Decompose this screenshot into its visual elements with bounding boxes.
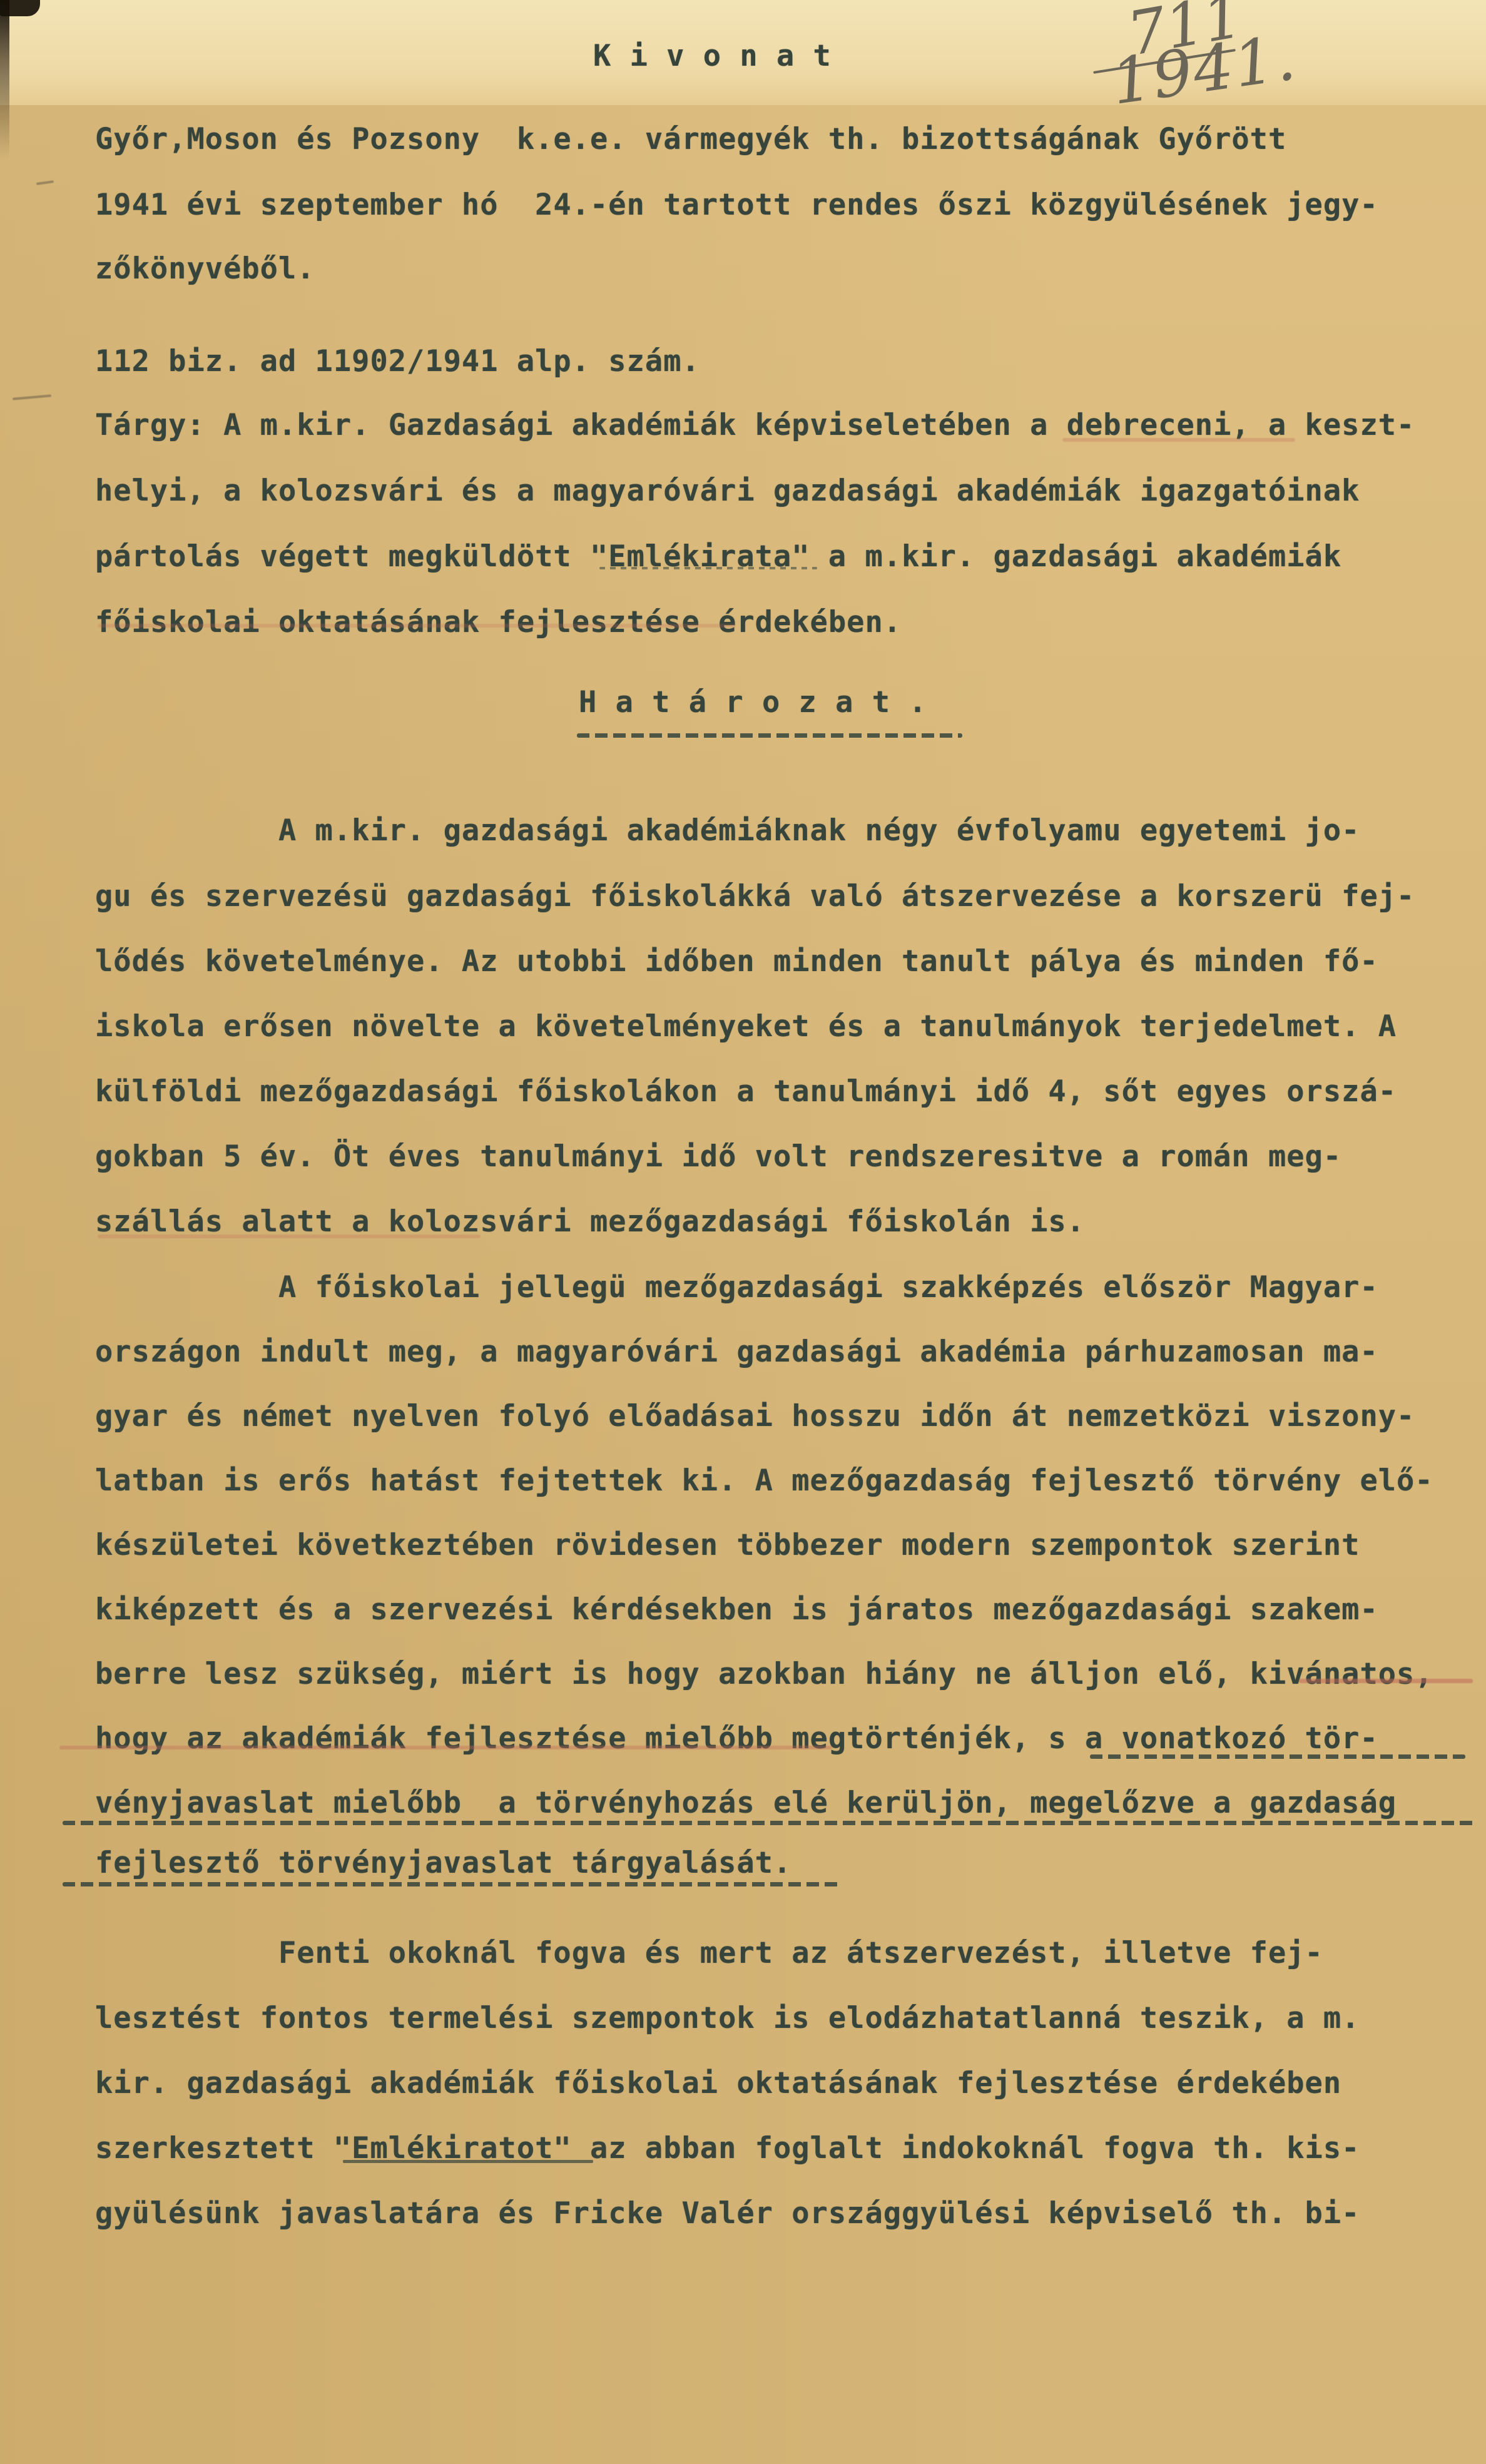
body-line: kiképzett és a szervezési kérdésekben is… bbox=[95, 1591, 1378, 1629]
body-line: külföldi mezőgazdasági főiskolákon a tan… bbox=[95, 1073, 1397, 1111]
heading-line: zőkönyvéből. bbox=[95, 250, 315, 288]
body-line: kir. gazdasági akadémiák főiskolai oktat… bbox=[95, 2065, 1341, 2102]
body-line: lesztést fontos termelési szempontok is … bbox=[95, 2000, 1360, 2037]
body-line: fejlesztő törvényjavaslat tárgyalását. bbox=[95, 1845, 791, 1882]
body-line: vényjavaslat mielőbb a törvényhozás elé … bbox=[95, 1784, 1397, 1822]
stray-pencil-mark bbox=[13, 394, 51, 400]
body-line: gokban 5 év. Öt éves tanulmányi idő volt… bbox=[95, 1138, 1341, 1176]
emphasis-dash-rule-full bbox=[63, 1821, 1473, 1825]
emphasis-dash-rule bbox=[1090, 1754, 1465, 1759]
red-pencil-underline bbox=[98, 1235, 481, 1238]
body-line: hogy az akadémiák fejlesztése mielőbb me… bbox=[95, 1720, 1378, 1758]
body-line: gyar és német nyelven folyó előadásai ho… bbox=[95, 1398, 1415, 1435]
decision-heading: H a t á r o z a t . bbox=[579, 684, 927, 721]
body-line: A főiskolai jellegü mezőgazdasági szakké… bbox=[95, 1269, 1378, 1306]
body-line: országon indult meg, a magyaróvári gazda… bbox=[95, 1333, 1378, 1371]
body-line: A m.kir. gazdasági akadémiáknak négy évf… bbox=[95, 812, 1360, 850]
handwritten-file-number: 711 1941. bbox=[1089, 1, 1264, 108]
heading-line: 1941 évi szeptember hó 24.-én tartott re… bbox=[95, 186, 1378, 224]
red-pencil-underline bbox=[98, 624, 736, 628]
red-pencil-underline-kivanatos bbox=[1299, 1679, 1473, 1683]
document-title: K i v o n a t bbox=[593, 38, 832, 75]
body-line: Fenti okoknál fogva és mert az átszervez… bbox=[95, 1935, 1323, 1972]
subject-line: főiskolai oktatásának fejlesztése érdeké… bbox=[95, 604, 902, 641]
subject-line: helyi, a kolozsvári és a magyaróvári gaz… bbox=[95, 472, 1360, 510]
body-line: gyülésünk javaslatára és Fricke Valér or… bbox=[95, 2195, 1360, 2232]
subject-line: pártolás végett megküldött "Emlékirata" … bbox=[95, 538, 1341, 576]
scanned-document-page: 711 1941. K i v o n a t Győr,Moson és Po… bbox=[0, 0, 1486, 2464]
scan-corner-shadow bbox=[0, 0, 40, 16]
emlekirata-underline bbox=[599, 567, 817, 569]
body-line: lődés követelménye. Az utobbi időben min… bbox=[95, 943, 1378, 980]
reference-number-line: 112 biz. ad 11902/1941 alp. szám. bbox=[95, 343, 700, 380]
heading-line: Győr,Moson és Pozsony k.e.e. vármegyék t… bbox=[95, 121, 1286, 158]
scan-left-edge-shadow bbox=[0, 0, 9, 160]
decision-heading-dash-rule bbox=[577, 733, 962, 738]
body-line: berre lesz szükség, miért is hogy azokba… bbox=[95, 1656, 1433, 1693]
body-line: szerkesztett "Emlékiratot" az abban fogl… bbox=[95, 2130, 1360, 2167]
body-line: iskola erősen növelte a követelményeket … bbox=[95, 1008, 1397, 1046]
body-line: latban is erős hatást fejtettek ki. A me… bbox=[95, 1462, 1433, 1500]
red-pencil-underline bbox=[59, 1746, 832, 1749]
emlekiratot-underline bbox=[343, 2160, 593, 2163]
body-line: gu és szervezésü gazdasági főiskolákká v… bbox=[95, 878, 1415, 915]
emphasis-dash-rule-short bbox=[63, 1882, 838, 1886]
body-line: készületei következtében rövidesen többe… bbox=[95, 1527, 1360, 1564]
red-pencil-underline bbox=[1062, 438, 1295, 442]
stray-pencil-mark bbox=[36, 180, 54, 185]
